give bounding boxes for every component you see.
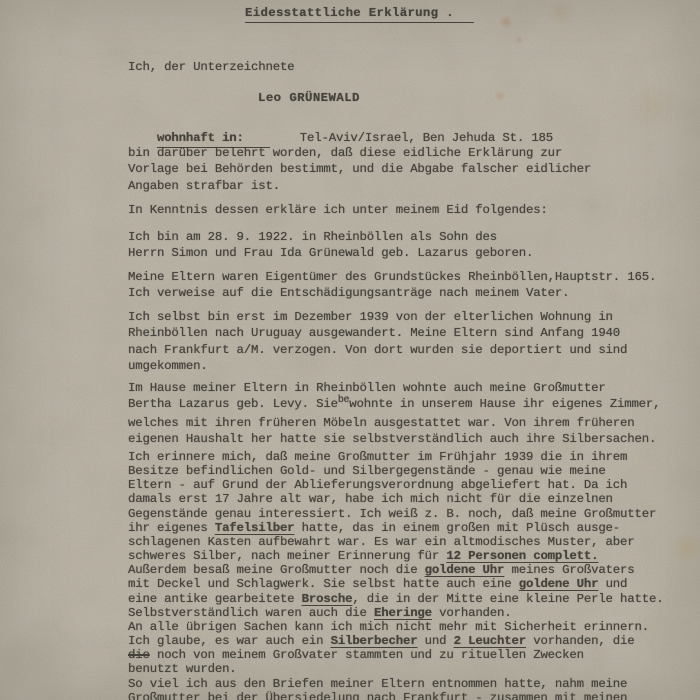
document-page: Eidesstattliche Erklärung . Ich, der Unt… [0,0,700,700]
paragraph: Im Hause meiner Eltern in Rheinböllen wo… [128,380,660,447]
text-line: Bertha Lazarus geb. Levy. Siebewohnte in… [128,396,660,414]
text-line: nach Frankfurt a/M. verzogen. Von dort w… [128,342,627,358]
paragraph: Ich erinnere mich, daß meine Großmutter … [128,450,663,700]
text-line: Ich selbst bin erst im Dezember 1939 von… [128,309,627,325]
underlined-text: Eheringe [374,606,432,620]
paragraph: Ich bin am 28. 9. 1922. in Rheinböllen a… [128,229,533,262]
text-line: Eltern - auf Grund der Ablieferungsveror… [128,478,663,492]
underlined-text: 2 Leuchter [454,634,526,648]
text-line: Vorlage bei Behörden bestimmt, und die A… [128,161,591,177]
text-line: Ich bin am 28. 9. 1922. in Rheinböllen a… [128,229,533,245]
underlined-text: Tafelsilber [215,521,295,535]
text-line: So viel ich aus den Briefen meiner Elter… [128,677,663,691]
underlined-text: goldene Uhr [519,577,599,591]
text-line: Gegenstände genau interessiert. Ich weiß… [128,507,663,521]
residence-value: Tel-Aviv/Israel, Ben Jehuda St. 185 [300,131,553,145]
declarant-name: Leo GRÜNEWALD [258,91,360,105]
paragraph: Meine Eltern waren Eigentümer des Grunds… [128,269,656,302]
underlined-text: goldene Uhr [425,563,505,577]
text-line: die noch von meinem Großvater stammten u… [128,648,663,662]
underlined-text: 12 Personen complett. [446,549,598,563]
paragraph: bin darüber belehrt worden, daß diese ei… [128,145,591,194]
text-line: Ich verweise auf die Entschädigungsanträ… [128,285,656,301]
text-line: Ich erinnere mich, daß meine Großmutter … [128,450,663,464]
text-line: Herrn Simon und Frau Ida Grünewald geb. … [128,245,533,261]
text-line: damals erst 17 Jahre alt war, habe ich m… [128,492,663,506]
underlined-text: Brosche [302,592,353,606]
paragraph: In Kenntnis dessen erkläre ich unter mei… [128,202,548,218]
text-line: Rheinböllen nach Uruguay ausgewandert. M… [128,325,627,341]
text-line: schweres Silber, nach meiner Erinnerung … [128,549,663,563]
text-line: Im Hause meiner Eltern in Rheinböllen wo… [128,380,660,396]
text-line: schlagenen Kasten aufbewahrt war. Es war… [128,535,663,549]
text-line: Besitze befindlichen Gold- und Silbergeg… [128,464,663,478]
text-line: Großmutter bei der Übersiedelung nach Fr… [128,691,663,700]
document-title: Eidesstattliche Erklärung . [245,6,474,23]
text-line: mit Deckel und Schlagwerk. Sie selbst ha… [128,577,663,591]
text-line: Ich glaube, es war auch ein Silberbecher… [128,634,663,648]
text-line: bin darüber belehrt worden, daß diese ei… [128,145,591,161]
text-line: benutzt wurden. [128,662,663,676]
inserted-text: be [338,393,349,409]
text-line: In Kenntnis dessen erkläre ich unter mei… [128,202,548,218]
strikethrough-text: die [128,648,150,662]
text-line: umgekommen. [128,358,627,374]
underlined-text: Silberbecher [331,634,418,648]
text-line: Angaben strafbar ist. [128,178,591,194]
text-line: Selbstverständlich waren auch die Eherin… [128,606,663,620]
text-line: welches mit ihren früheren Möbeln ausges… [128,415,660,431]
text-line: An alle übrigen Sachen kann ich mich nic… [128,620,663,634]
paragraph: Ich selbst bin erst im Dezember 1939 von… [128,309,627,374]
salutation-line: Ich, der Unterzeichnete [128,60,294,74]
text-line: Meine Eltern waren Eigentümer des Grunds… [128,269,656,285]
text-line: eigenen Haushalt her hatte sie selbstver… [128,431,660,447]
text-line: Außerdem besaß meine Großmutter noch die… [128,563,663,577]
text-line: eine antike gearbeitete Brosche, die in … [128,592,663,606]
text-line: ihr eigenes Tafelsilber hatte, das in ei… [128,521,663,535]
